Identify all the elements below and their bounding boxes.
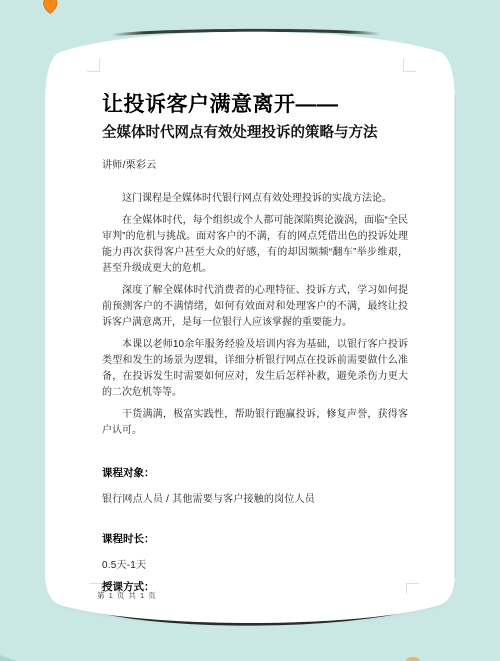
section-content: 0.5天-1天 — [102, 556, 408, 571]
page-subtitle: 全媒体时代网点有效处理投诉的策略与方法 — [102, 124, 408, 143]
section-content: 银行网点人员 / 其他需要与客户接触的岗位人员 — [102, 490, 408, 505]
course-paragraph: 干货满满，极富实践性，帮助银行跑赢投诉，修复声誉，获得客户认可。 — [102, 407, 408, 439]
course-paragraph: 本课以老师10余年服务经验及培训内容为基础，以银行客户投诉类型和发生的场景为逻辑… — [102, 337, 408, 401]
document-body: 让投诉客户满意离开—— 全媒体时代网点有效处理投诉的策略与方法 讲师/栗彩云 这… — [102, 0, 408, 594]
corner-decoration-bottom-left — [0, 655, 16, 661]
page-title: 让投诉客户满意离开—— — [102, 92, 408, 118]
crop-mark-top-left — [87, 59, 100, 72]
section-heading: 课程时长： — [102, 531, 408, 546]
section-heading: 课程对象： — [102, 465, 408, 480]
page-background: 让投诉客户满意离开—— 全媒体时代网点有效处理投诉的策略与方法 讲师/栗彩云 这… — [0, 0, 500, 661]
course-paragraph: 深度了解全媒体时代消费者的心理特征、投诉方式，学习如何提前预测客户的不满情绪，如… — [102, 283, 408, 331]
course-paragraph: 这门课程是全媒体时代银行网点有效处理投诉的实战方法论。 — [102, 191, 408, 207]
section-duration: 课程时长： 0.5天-1天 — [102, 531, 408, 571]
heart-icon — [44, 0, 57, 14]
course-paragraph: 在全媒体时代，每个组织或个人都可能深陷舆论漩涡，面临“全民审判”的危机与挑战。面… — [102, 213, 408, 277]
lecturer-line: 讲师/栗彩云 — [102, 156, 408, 171]
corner-decoration-bottom-right — [406, 657, 420, 661]
section-audience: 课程对象： 银行网点人员 / 其他需要与客户接触的岗位人员 — [102, 465, 408, 505]
page-number-footer: 第 1 页 共 1 页 — [97, 590, 157, 601]
